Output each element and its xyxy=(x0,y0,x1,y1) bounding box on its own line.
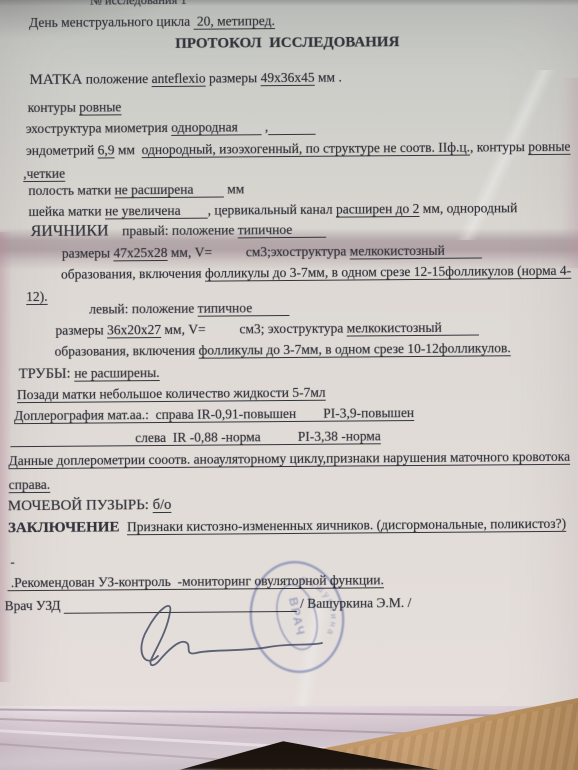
underlined-text: справа. xyxy=(9,477,51,492)
underlined-text: 49x36x45 xyxy=(261,70,315,85)
underlined-text: 20, метипред. xyxy=(193,13,274,29)
underlined-text: мелкокистозный xyxy=(347,320,479,336)
text-segment: правый: положение xyxy=(109,222,238,238)
underlined-text: расширен до 2 xyxy=(336,201,420,217)
doc-line-25: - xyxy=(10,554,15,570)
underlined-text: ровные xyxy=(79,99,121,114)
text-segment: ПРОТОКОЛ ИССЛЕДОВАНИЯ xyxy=(175,34,399,52)
text-segment: эхоструктура миометрия xyxy=(26,120,171,136)
underlined-text: слева IR -0,88 -норма PI-3,38 -норма xyxy=(10,428,381,446)
underlined-text: типичное xyxy=(198,300,290,316)
text-segment: - xyxy=(10,554,15,569)
doc-line-5: эхоструктура миометрия однородная , xyxy=(26,119,316,137)
doc-line-24: ЗАКЛЮЧЕНИЕ Признаки кистозно-измененных … xyxy=(8,516,566,538)
text-segment: ТРУБЫ: xyxy=(19,366,75,382)
underlined-text: однородный, изоэхогенный, по структуре н… xyxy=(142,140,470,158)
doc-line-20: слева IR -0,88 -норма PI-3,38 -норма xyxy=(10,428,381,446)
doc-line-22: справа. xyxy=(9,477,51,493)
doc-line-9: шейка матки не увеличена , цервикальный … xyxy=(28,200,517,219)
doc-line-11: размеры 47х25х28 мм, V= см3;эхоструктура… xyxy=(62,242,482,261)
text-segment: левый: положение xyxy=(89,301,198,317)
text-segment: мм, V= см3;эхоструктура xyxy=(167,244,349,260)
text-segment: размеры xyxy=(55,322,107,337)
doc-line-2: ПРОТОКОЛ ИССЛЕДОВАНИЯ xyxy=(175,34,399,53)
doc-line-7: ,четкие xyxy=(23,166,65,182)
doc-line-6: эндометрий 6,9 мм однородный, изоэхогенн… xyxy=(26,139,570,159)
text-segment: мм xyxy=(114,142,141,157)
doc-line-8: полость матки не расширена мм xyxy=(28,181,244,198)
underlined-text: ровные xyxy=(528,139,570,154)
underlined-text xyxy=(268,119,315,134)
underlined-text: фолликулы до 3-7мм, в одном срезе 12-15ф… xyxy=(205,263,571,281)
doc-line-23: МОЧЕВОЙ ПУЗЫРЬ: б/о xyxy=(8,497,172,516)
text-segment: мм xyxy=(224,181,245,196)
underlined-text: не расширены. xyxy=(74,365,159,381)
text-segment: День менструального цикла xyxy=(29,14,194,30)
underlined-text: не расширена xyxy=(114,182,223,198)
underlined-text: anteflexio xyxy=(152,71,206,86)
text-segment: мм, однородный xyxy=(419,200,517,216)
text-segment: мм . xyxy=(315,70,342,85)
doc-line-1: День менструального цикла 20, метипред. xyxy=(29,13,275,30)
underlined-text: Доплерография мат.аа.: справа IR-0,91-по… xyxy=(14,405,414,423)
doctor-signature xyxy=(122,592,352,684)
text-segment: образования, включения xyxy=(55,343,199,359)
underlined-text: Позади матки небольшое количество жидкос… xyxy=(17,385,326,402)
underlined-text: 6,9 xyxy=(98,142,115,157)
doc-line-14: левый: положение типичное xyxy=(89,300,289,317)
underlined-text: однородная xyxy=(171,119,261,135)
doc-line-18: Позади матки небольшое количество жидкос… xyxy=(17,385,326,403)
text-segment: размеры xyxy=(206,70,261,85)
text-segment: Врач УЗД xyxy=(5,598,64,613)
text-segment: эндометрий xyxy=(26,142,98,158)
text-segment: ЗАКЛЮЧЕНИЕ xyxy=(8,519,127,536)
doc-line-19: Доплерография мат.аа.: справа IR-0,91-по… xyxy=(14,405,414,424)
text-segment: МОЧЕВОЙ ПУЗЫРЬ: xyxy=(8,497,153,514)
text-segment: размеры xyxy=(62,245,114,260)
doc-line-17: ТРУБЫ: не расширены. xyxy=(19,365,160,383)
doc-line-12: образования, включения фолликулы до 3-7м… xyxy=(61,263,571,283)
underlined-text: Данные доплерометрии сооотв. аноауляторн… xyxy=(8,449,570,468)
underlined-text: мелкокистозный xyxy=(350,242,482,258)
text-segment: образования, включения xyxy=(61,266,205,282)
underlined-text: б/о xyxy=(153,497,172,513)
underlined-text: типичное xyxy=(238,222,326,238)
text-segment: , цервикальный канал xyxy=(208,202,336,218)
doc-line-13: 12). xyxy=(26,289,47,305)
text-segment: мм, V= см3; эхоструктура xyxy=(161,321,347,337)
text-segment: МАТКА xyxy=(29,72,82,88)
doc-line-0: № исследования 1 xyxy=(90,0,187,8)
text-segment: положение xyxy=(82,71,151,87)
text-segment: контуры xyxy=(28,100,80,115)
underlined-text: 12). xyxy=(26,289,47,304)
doc-line-21: Данные доплерометрии сооотв. аноауляторн… xyxy=(8,449,570,469)
doc-line-16: образования, включения фолликулы до 3-7м… xyxy=(55,340,511,359)
text-segment: № исследования 1 xyxy=(90,0,187,8)
doc-line-4: контуры ровные xyxy=(28,99,122,115)
underlined-text: 36х20х27 xyxy=(107,322,161,337)
doc-line-10: ЯИЧНИКИ правый: положение типичное xyxy=(31,221,327,242)
text-segment: полость матки xyxy=(28,182,114,198)
underlined-text: фолликулы до 3-7мм, в одном срезе 10-12ф… xyxy=(199,340,511,357)
text-segment: ЯИЧНИКИ xyxy=(31,222,109,240)
text-segment: шейка матки xyxy=(28,203,105,219)
text-segment: , контуры xyxy=(470,139,528,154)
document-photo: № исследования 1День менструального цикл… xyxy=(0,0,578,770)
underlined-text: 47х25х28 xyxy=(113,245,167,260)
underlined-text: ,четкие xyxy=(23,166,65,181)
doc-line-15: размеры 36х20х27 мм, V= см3; эхоструктур… xyxy=(55,320,479,339)
underlined-text: Признаки кистозно-измененных яичников. (… xyxy=(127,516,566,534)
doc-line-3: МАТКА положение anteflexio размеры 49x36… xyxy=(29,70,341,90)
underlined-text: не увеличена xyxy=(105,203,208,219)
